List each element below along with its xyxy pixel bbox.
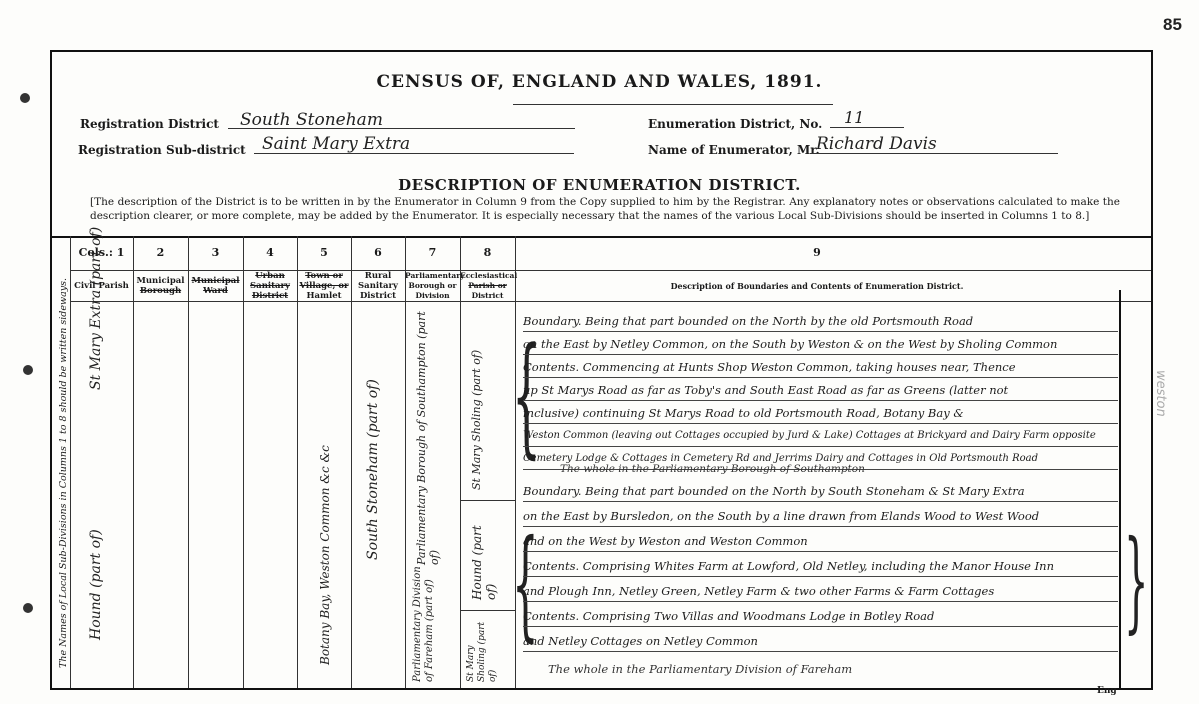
enumeration-district-field: 11 xyxy=(830,108,904,128)
col9-right-border xyxy=(1119,290,1121,688)
col-number: 6 xyxy=(351,246,405,259)
enumeration-district-value: 11 xyxy=(844,108,864,127)
punch-hole xyxy=(23,603,33,613)
col7-entry: Parliamentary Borough of Southampton (pa… xyxy=(415,305,441,565)
col-head-description: Description of Boundaries and Contents o… xyxy=(515,281,1119,291)
col8-entry: Hound (part of) xyxy=(470,510,498,600)
registration-subdistrict-field: Saint Mary Extra xyxy=(254,134,574,154)
description-line: Weston Common (leaving out Cottages occu… xyxy=(523,425,1118,447)
col1-entry: Hound (part of) xyxy=(88,529,105,640)
col8-divider xyxy=(460,610,515,611)
description-line: Contents. Comprising Whites Farm at Lowf… xyxy=(523,555,1118,577)
enumerator-label: Name of Enumerator, Mr. xyxy=(648,143,820,157)
col-number: 7 xyxy=(405,246,460,259)
section-title: DESCRIPTION OF ENUMERATION DISTRICT. xyxy=(0,176,1199,194)
col7-entry: Parliamentary Division of Fareham (part … xyxy=(412,562,436,682)
description-line: Boundary. Being that part bounded on the… xyxy=(523,480,1118,502)
description-line: and on the West by Weston and Weston Com… xyxy=(523,530,1118,552)
registration-district-field: South Stoneham xyxy=(228,110,575,129)
col-head-rural-sanitary: RuralSanitaryDistrict xyxy=(351,271,405,301)
punch-hole xyxy=(20,93,30,103)
description-line: and Netley Cottages on Netley Common xyxy=(523,630,1118,652)
description-line: up St Marys Road as far as Toby's and So… xyxy=(523,379,1118,401)
registration-district-label: Registration District xyxy=(80,117,219,131)
col-head-urban-sanitary: UrbanSanitaryDistrict xyxy=(243,271,297,301)
col1-entry: St Mary Extra (part of) xyxy=(88,227,105,390)
table-top-rule xyxy=(52,236,1151,238)
col-divider xyxy=(70,236,71,688)
col5-entry: Botany Bay, Weston Common &c &c xyxy=(318,445,332,665)
description-line: inclusive) continuing St Marys Road to o… xyxy=(523,402,1118,424)
col8-entry: St Mary Sholing (part of) xyxy=(466,612,499,682)
col-divider xyxy=(460,236,461,688)
col-head-ecclesiastical: EcclesiasticalParish orDistrict xyxy=(460,271,515,301)
footer-mark: Eng xyxy=(1097,686,1117,696)
col-divider xyxy=(351,236,352,688)
description-line: on the East by Bursledon, on the South b… xyxy=(523,505,1118,527)
instructions-text: [The description of the District is to b… xyxy=(90,195,1120,223)
col-head-municipal-borough: MunicipalBorough xyxy=(133,276,188,296)
col-number: 9 xyxy=(515,246,1119,259)
description-note: The whole in the Parliamentary Borough o… xyxy=(560,463,865,475)
col-number: 3 xyxy=(188,246,243,259)
col-divider xyxy=(133,236,134,688)
enumerator-field: Richard Davis xyxy=(810,134,1058,154)
col6-entry: South Stoneham (part of) xyxy=(365,379,381,560)
col-divider xyxy=(297,236,298,688)
punch-hole xyxy=(23,365,33,375)
registration-subdistrict-label: Registration Sub-district xyxy=(78,143,246,157)
margin-annotation: weston xyxy=(1153,370,1168,417)
table-header-rule xyxy=(70,270,1151,271)
registration-district-value: South Stoneham xyxy=(240,110,383,130)
col-head-town-village-hamlet: Town orVillage, orHamlet xyxy=(297,271,351,301)
registration-subdistrict-value: Saint Mary Extra xyxy=(262,134,410,154)
description-line: and Plough Inn, Netley Green, Netley Far… xyxy=(523,580,1118,602)
description-line: Boundary. Being that part bounded on the… xyxy=(523,310,1118,332)
col-head-municipal-ward: MunicipalWard xyxy=(188,276,243,296)
title-underline xyxy=(513,104,833,105)
page-number: 85 xyxy=(1163,15,1182,35)
col-number: 5 xyxy=(297,246,351,259)
col-number: 4 xyxy=(243,246,297,259)
col-number: 8 xyxy=(460,246,515,259)
col-head-parliamentary: ParliamentaryBorough orDivision xyxy=(405,271,460,301)
description-line: Contents. Commencing at Hunts Shop Westo… xyxy=(523,356,1118,378)
table-body-rule xyxy=(70,301,1151,302)
description-note: The whole in the Parliamentary Division … xyxy=(548,662,852,676)
col8-entry: St Mary Sholing (part of) xyxy=(470,310,484,490)
col-divider xyxy=(188,236,189,688)
brace-icon: } xyxy=(1124,500,1149,660)
description-line: on the East by Netley Common, on the Sou… xyxy=(523,333,1118,355)
col-divider xyxy=(243,236,244,688)
page-title: CENSUS OF, ENGLAND AND WALES, 1891. xyxy=(0,72,1199,92)
col-divider xyxy=(405,236,406,688)
col8-divider xyxy=(460,500,515,501)
col-number: 2 xyxy=(133,246,188,259)
side-note: The Names of Local Sub-Divisions in Colu… xyxy=(58,278,69,668)
enumeration-district-label: Enumeration District, No. xyxy=(648,117,822,131)
description-line: Contents. Comprising Two Villas and Wood… xyxy=(523,605,1118,627)
enumerator-value: Richard Davis xyxy=(816,134,937,154)
